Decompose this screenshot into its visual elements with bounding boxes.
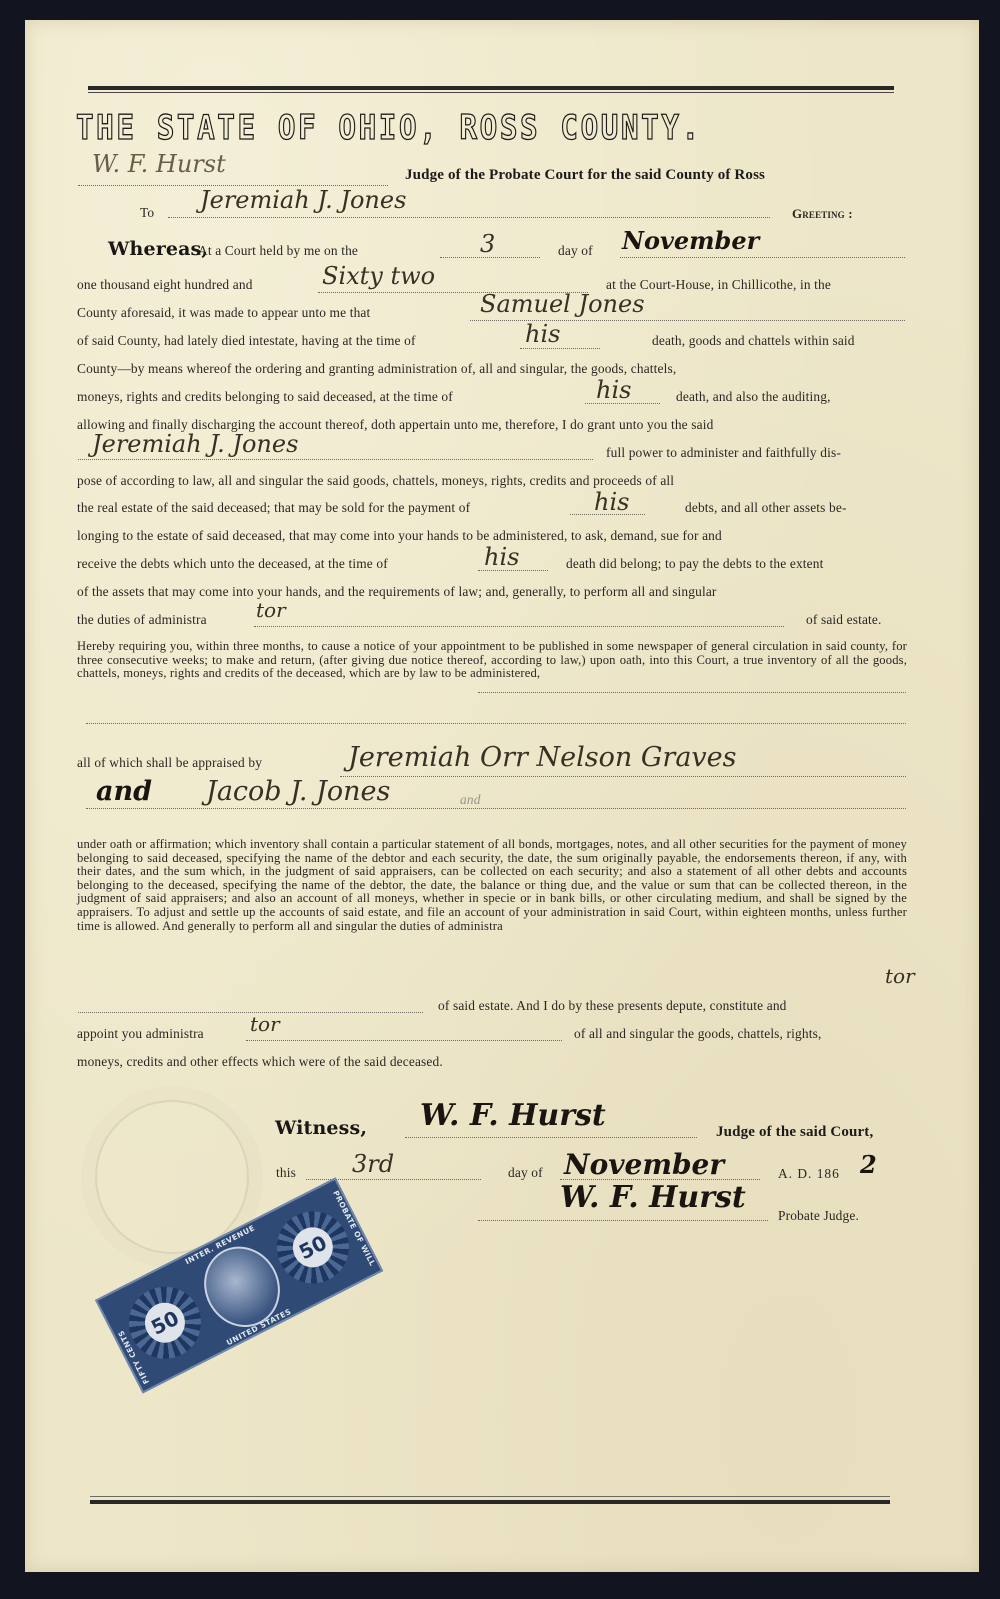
probate-judge-signature: W. F. Hurst — [560, 1180, 746, 1215]
appraisers-field-1 — [340, 776, 906, 777]
witness-signature-field — [405, 1137, 697, 1138]
appraisers-and-handwriting: and — [96, 776, 152, 807]
judge-line-label: Judge of the Probate Court for the said … — [405, 167, 1000, 184]
judge-of-court-label: Judge of the said Court, — [716, 1124, 1000, 1141]
grantee-repeat-field — [78, 459, 593, 460]
p6-text-b: death, and also the auditing, — [676, 389, 1000, 405]
probate-judge-label: Probate Judge. — [778, 1208, 1000, 1224]
court-month-field — [620, 257, 905, 258]
p4-text-b: death, goods and chattels within said — [652, 333, 1000, 349]
p10-text-b: debts, and all other assets be- — [685, 500, 1000, 516]
inventory-field-1 — [478, 692, 906, 693]
p8-text: full power to administer and faithfully … — [606, 445, 1000, 461]
p15-paragraph: Hereby requiring you, within three month… — [77, 640, 907, 681]
appraisers-field-2 — [86, 808, 906, 809]
judge-name-handwriting: W. F. Hurst — [92, 150, 226, 178]
this-month-handwriting: November — [564, 1148, 724, 1181]
p9-text: pose of according to law, all and singul… — [77, 473, 907, 489]
printed-and-label: and — [460, 792, 1000, 808]
p2-text-b: at the Court-House, in Chillicothe, in t… — [606, 277, 1000, 293]
p21-text: moneys, credits and other effects which … — [77, 1054, 907, 1070]
year-digit-handwriting: 2 — [860, 1150, 877, 1179]
grantee-repeat-handwriting: Jeremiah J. Jones — [92, 430, 298, 458]
pronoun-handwriting-1: his — [525, 320, 560, 348]
p13-text: of the assets that may come into your ha… — [77, 584, 907, 600]
p5-text: County—by means whereof the ordering and… — [77, 361, 907, 377]
p14-text-b: of said estate. — [806, 612, 1000, 628]
document-title: THE STATE OF OHIO, ROSS COUNTY. — [76, 108, 702, 148]
p12-text-b: death did belong; to pay the debts to th… — [566, 556, 1000, 572]
court-day-handwriting: 3 — [480, 230, 495, 258]
court-month-handwriting: November — [622, 226, 759, 255]
p18-paragraph: under oath or affirmation; which invento… — [77, 838, 907, 933]
anno-domini-label: A. D. 186 — [778, 1166, 1000, 1182]
deceased-handwriting: Samuel Jones — [480, 290, 645, 318]
stamp-value-right: 50 — [286, 1220, 340, 1274]
inventory-field-2 — [86, 723, 906, 724]
top-rule — [88, 86, 894, 93]
greeting-label: Greeting : — [792, 206, 1000, 222]
grantee-field — [168, 217, 770, 218]
suffix-field-3 — [246, 1040, 562, 1041]
suffix-field-1 — [254, 626, 784, 627]
this-day-handwriting: 3rd — [352, 1150, 394, 1178]
suffix-handwriting-2: tor — [885, 964, 915, 988]
pronoun-handwriting-4: his — [484, 543, 519, 571]
suffix-handwriting-3: tor — [250, 1012, 280, 1036]
p19-text: of said estate. And I do by these presen… — [438, 998, 1000, 1014]
pronoun-handwriting-3: his — [594, 488, 629, 516]
appraisers-handwriting-2: Jacob J. Jones — [206, 776, 390, 807]
embossed-court-seal — [95, 1100, 249, 1254]
probate-signature-field — [478, 1220, 768, 1221]
p20-text-b: of all and singular the goods, chattels,… — [574, 1026, 1000, 1042]
witness-signature: W. F. Hurst — [420, 1098, 606, 1133]
suffix-handwriting-1: tor — [256, 598, 286, 622]
appraisers-handwriting-1: Jeremiah Orr Nelson Graves — [348, 742, 737, 773]
pronoun-handwriting-2: his — [596, 376, 631, 404]
p11-text: longing to the estate of said deceased, … — [77, 528, 907, 544]
grantee-handwriting: Jeremiah J. Jones — [200, 186, 406, 214]
year-words-handwriting: Sixty two — [322, 262, 435, 290]
pronoun-field-1 — [520, 348, 600, 349]
bottom-rule — [90, 1496, 890, 1504]
stamp-value-left: 50 — [138, 1296, 192, 1350]
